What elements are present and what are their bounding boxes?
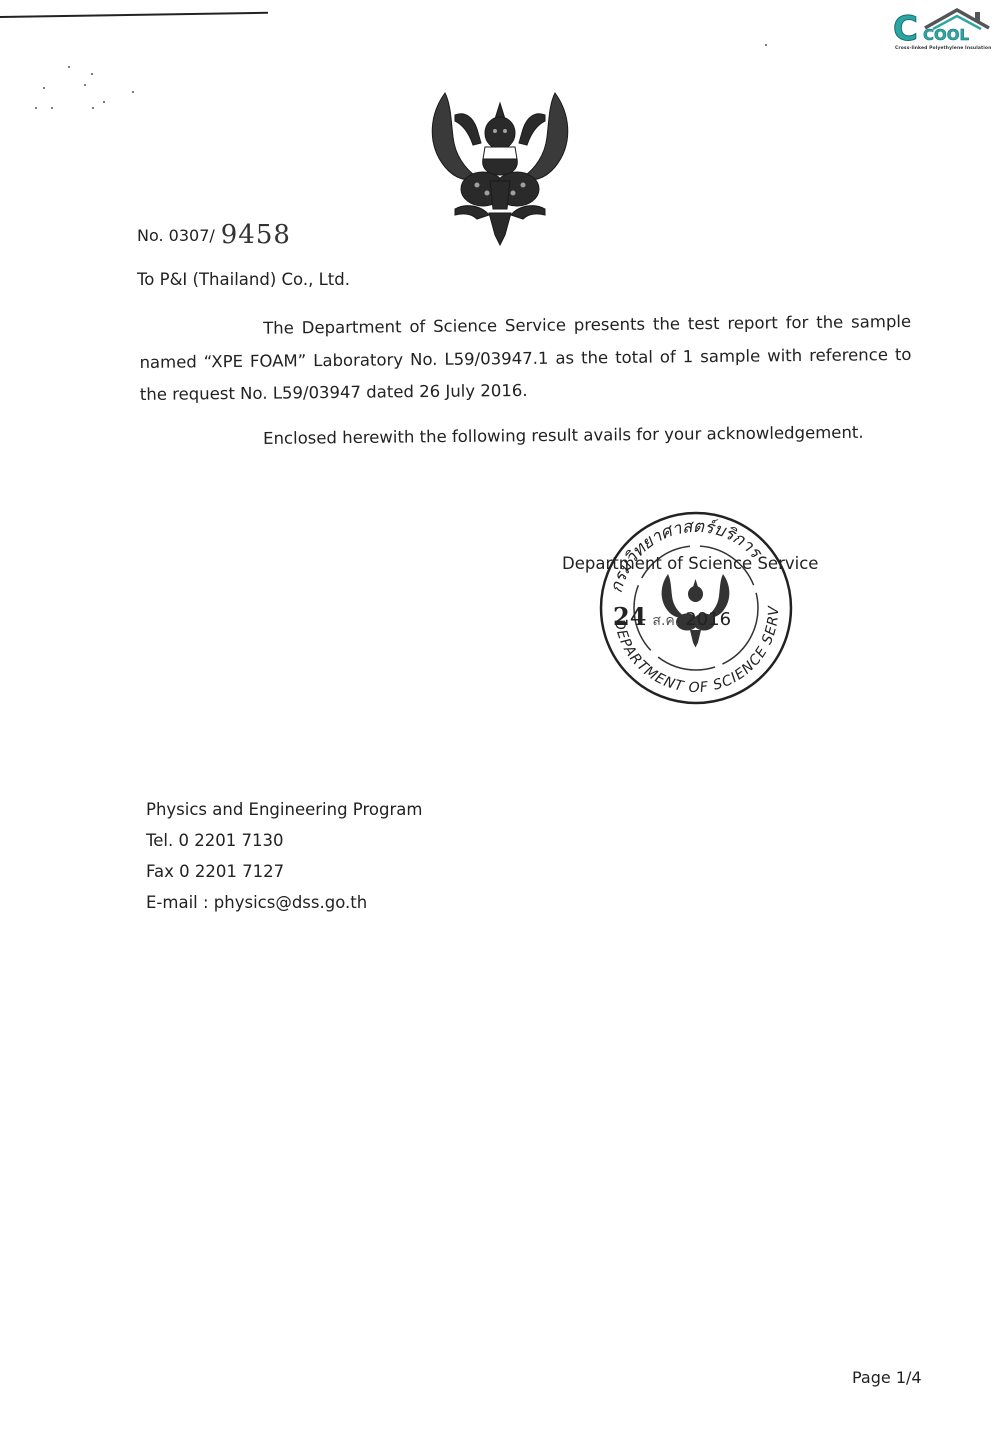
body-paragraph: The Department of Science Service presen… bbox=[139, 306, 912, 412]
reference-number-value: 9458 bbox=[221, 220, 291, 250]
scan-speck bbox=[84, 84, 86, 86]
scan-speck bbox=[43, 87, 45, 89]
scan-speck bbox=[103, 101, 105, 103]
program-name: Physics and Engineering Program bbox=[146, 794, 422, 825]
stamp-date-year: 2016 bbox=[685, 609, 731, 630]
stamp-date: 24ส.ค.2016 bbox=[613, 602, 731, 632]
contact-block: Physics and Engineering Program Tel. 0 2… bbox=[146, 794, 422, 918]
addressee: To P&I (Thailand) Co., Ltd. bbox=[137, 270, 350, 289]
logo-tagline: Cross-linked Polyethylene Insulation bbox=[895, 46, 991, 51]
enclosed-note: Enclosed herewith the following result a… bbox=[263, 423, 864, 448]
scan-speck bbox=[765, 44, 767, 46]
scan-speck bbox=[91, 73, 93, 75]
page-number: Page 1/4 bbox=[852, 1368, 922, 1387]
email: E-mail : physics@dss.go.th bbox=[146, 887, 422, 918]
reference-label: No. 0307/ bbox=[137, 226, 215, 245]
signature-department: Department of Science Service bbox=[562, 554, 818, 573]
logo-initial: C bbox=[893, 12, 918, 46]
telephone: Tel. 0 2201 7130 bbox=[146, 825, 422, 856]
scan-speck bbox=[92, 107, 94, 109]
scan-speck bbox=[68, 66, 70, 68]
scan-speck bbox=[35, 107, 37, 109]
fax: Fax 0 2201 7127 bbox=[146, 856, 422, 887]
scan-speck bbox=[132, 91, 134, 93]
garuda-emblem-icon bbox=[425, 85, 575, 247]
stamp-date-month: ส.ค. bbox=[652, 613, 679, 629]
logo-brand: COOL bbox=[923, 27, 969, 43]
scan-artifact-line bbox=[0, 12, 268, 18]
stamp-date-day: 24 bbox=[613, 602, 646, 631]
ccool-logo: C COOL Cross-linked Polyethylene Insulat… bbox=[893, 8, 995, 54]
reference-number: No. 0307/9458 bbox=[137, 218, 291, 248]
scan-speck bbox=[51, 107, 53, 109]
